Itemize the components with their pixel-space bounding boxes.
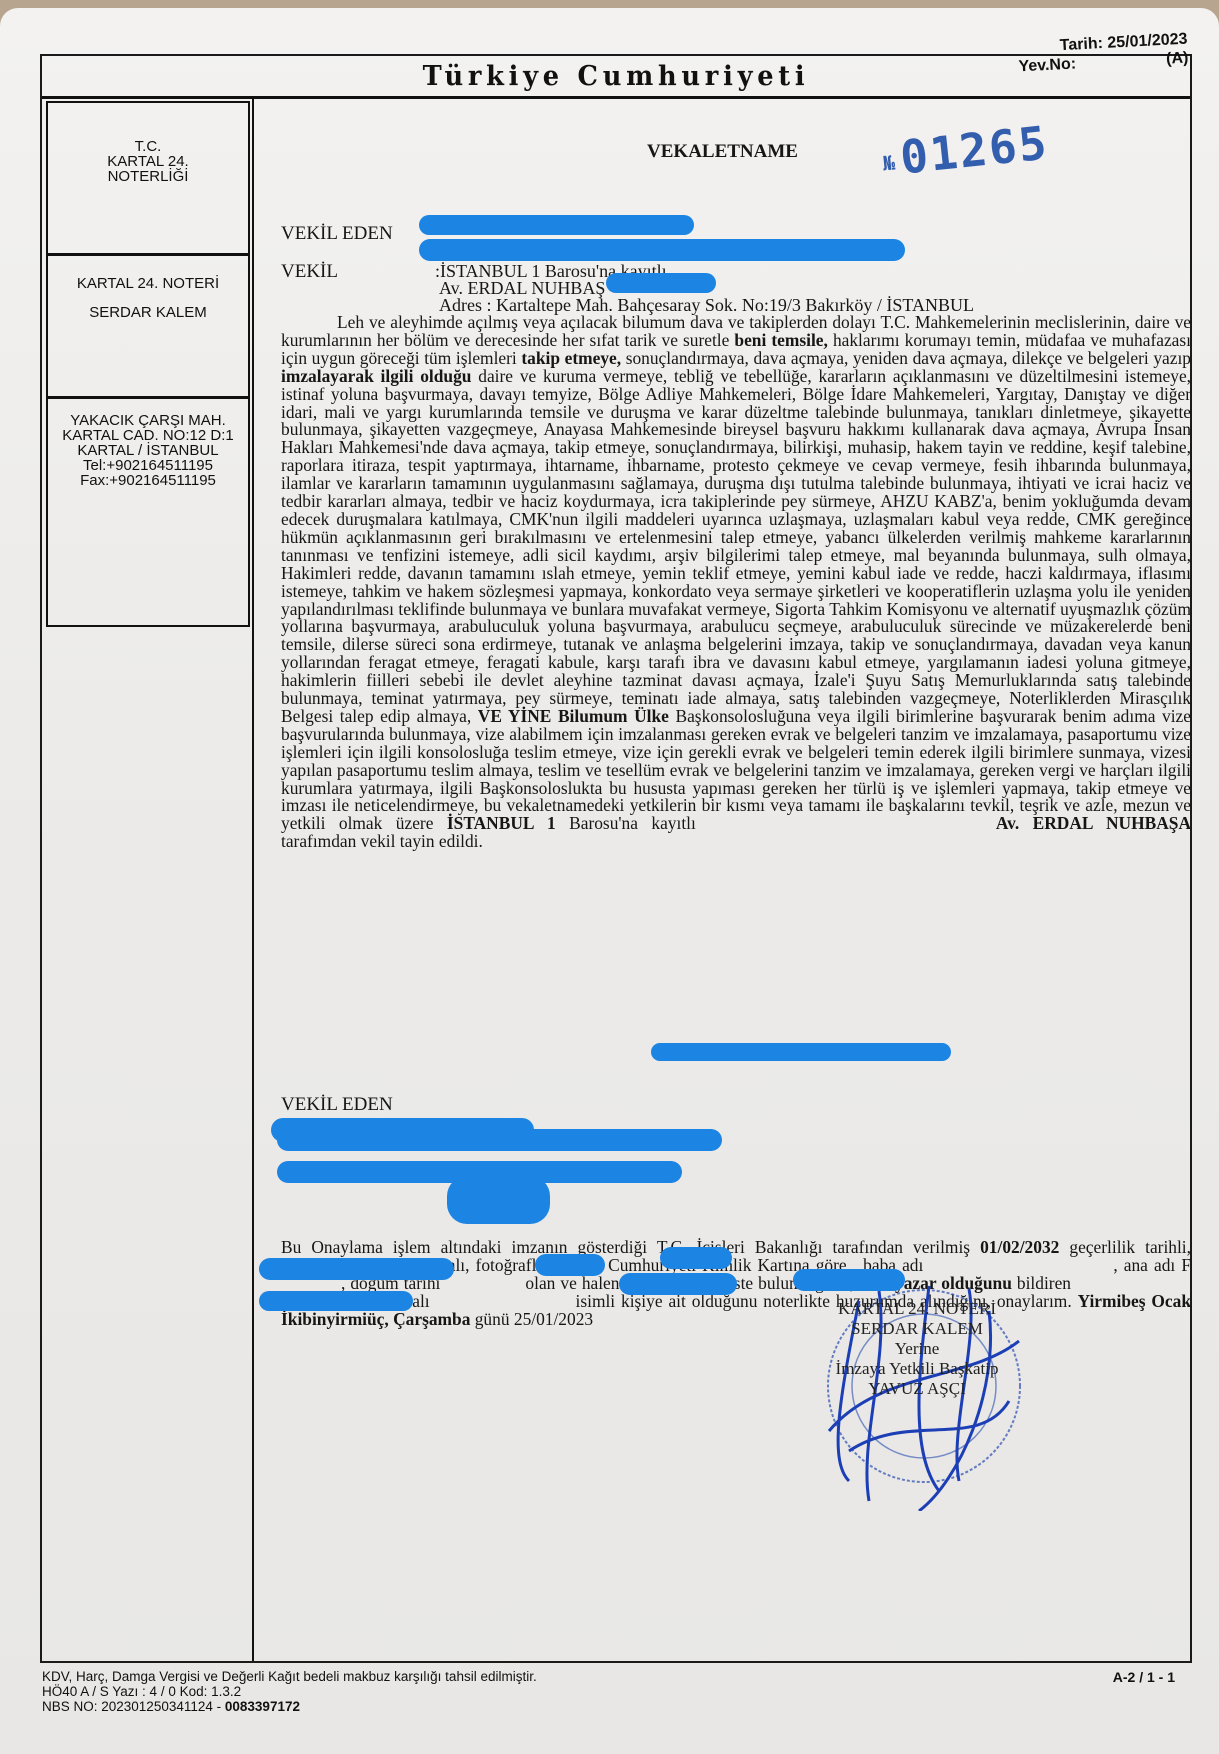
redaction (660, 1247, 732, 1269)
principal-label: VEKİL EDEN (281, 223, 393, 245)
fee-note: KDV, Harç, Damga Vergisi ve Değerli Kağı… (42, 1669, 537, 1684)
serial-stamp: №01265 (880, 115, 1051, 186)
office-line: T.C. (48, 139, 248, 154)
redaction (419, 239, 905, 261)
redaction (619, 1273, 737, 1295)
address-line: YAKACIK ÇARŞI MAH. (48, 413, 248, 428)
notary-box: KARTAL 24. NOTERİ SERDAR KALEM (46, 254, 250, 398)
notary-name: SERDAR KALEM (48, 305, 248, 320)
republic-title: Türkiye Cumhuriyeti (71, 61, 1162, 92)
redaction (606, 273, 716, 293)
redaction (259, 1258, 454, 1280)
office-line: KARTAL 24. (48, 154, 248, 169)
footer: KDV, Harç, Damga Vergisi ve Değerli Kağı… (42, 1669, 537, 1714)
header-band: Türkiye Cumhuriyeti Tarih: 25/01/2023 Ye… (42, 56, 1190, 99)
left-column: T.C. KARTAL 24. NOTERLİĞİ KARTAL 24. NOT… (42, 99, 254, 1661)
fax: Fax:+902164511195 (48, 473, 248, 488)
redaction (441, 1119, 471, 1149)
office-line: NOTERLİĞİ (48, 169, 248, 184)
redaction (651, 1043, 951, 1061)
document-frame: Türkiye Cumhuriyeti Tarih: 25/01/2023 Ye… (40, 54, 1192, 1663)
agent-label: VEKİL (281, 261, 338, 283)
stamp-prefix-icon: № (882, 150, 898, 175)
address-box: YAKACIK ÇARŞI MAH. KARTAL CAD. NO:12 D:1… (46, 397, 250, 627)
yev-value: (A) (1166, 49, 1189, 69)
signature-label: VEKİL EDEN (281, 1094, 393, 1116)
address-line: KARTAL / İSTANBUL (48, 443, 248, 458)
page-reference: A-2 / 1 - 1 (1113, 1669, 1175, 1685)
form-code: HÖ40 A / S Yazı : 4 / 0 Kod: 1.3.2 (42, 1684, 537, 1699)
redaction (419, 215, 694, 235)
date-label: Tarih: (1059, 35, 1103, 54)
date-block: Tarih: 25/01/2023 Yev.No:(A) (1017, 30, 1189, 77)
notary-title: KARTAL 24. NOTERİ (48, 276, 248, 291)
address-line: KARTAL CAD. NO:12 D:1 (48, 428, 248, 443)
phone: Tel:+902164511195 (48, 458, 248, 473)
redaction (277, 1129, 722, 1151)
seal-text: KARTAL 24. NOTERİ SERDAR KALEM Yerine İm… (782, 1299, 1052, 1399)
power-of-attorney-body: Leh ve aleyhimde açılmış veya açılacak b… (281, 314, 1191, 851)
redaction (535, 1254, 605, 1276)
redaction (447, 1176, 550, 1224)
nbs-number: NBS NO: 202301250341124 - 0083397172 (42, 1699, 537, 1714)
redaction (259, 1291, 413, 1311)
yev-label: Yev.No: (1018, 54, 1076, 76)
office-box: T.C. KARTAL 24. NOTERLİĞİ (46, 101, 250, 255)
